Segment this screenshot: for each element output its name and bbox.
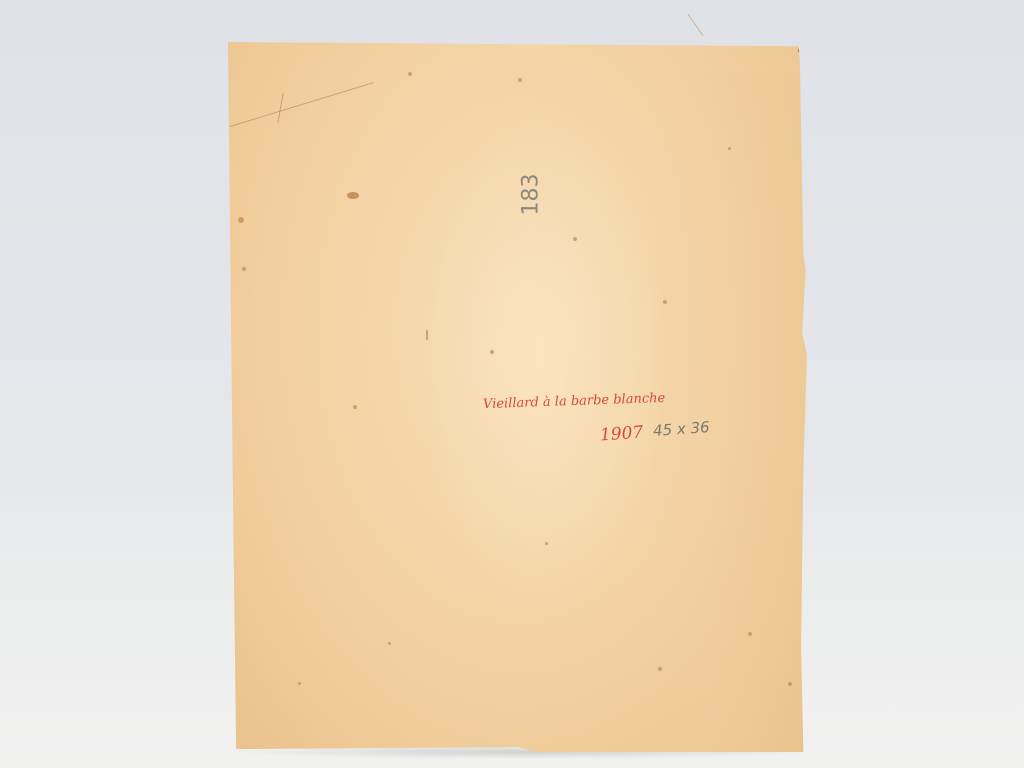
stain-spot [238, 217, 244, 223]
stain-spot [788, 682, 792, 686]
stain-spot [388, 642, 391, 645]
stain-spot [573, 237, 577, 241]
stain-spot [408, 72, 412, 76]
crease-line [278, 93, 284, 123]
stain-spot [242, 267, 246, 271]
discolored-strip [648, 72, 808, 752]
stain-spot [298, 682, 301, 685]
stain-spot [518, 78, 522, 82]
stain-spot [798, 48, 803, 53]
stain-spot [658, 667, 662, 671]
stain-spot [490, 350, 494, 354]
stain-spot [663, 300, 667, 304]
stain-spot [353, 405, 357, 409]
aged-paper-sheet: 183 Vieillard à la barbe blanche 1907 45… [228, 42, 808, 752]
stain-spot [728, 147, 731, 150]
pencil-inventory-number: 183 [519, 174, 544, 216]
stain-spot [426, 330, 428, 340]
stain-spot [347, 192, 359, 199]
crease-line [230, 82, 374, 127]
artwork-year-inscription: 1907 [599, 423, 644, 446]
stain-spot [748, 632, 752, 636]
loose-fiber [688, 14, 704, 36]
stain-spot [545, 542, 548, 545]
